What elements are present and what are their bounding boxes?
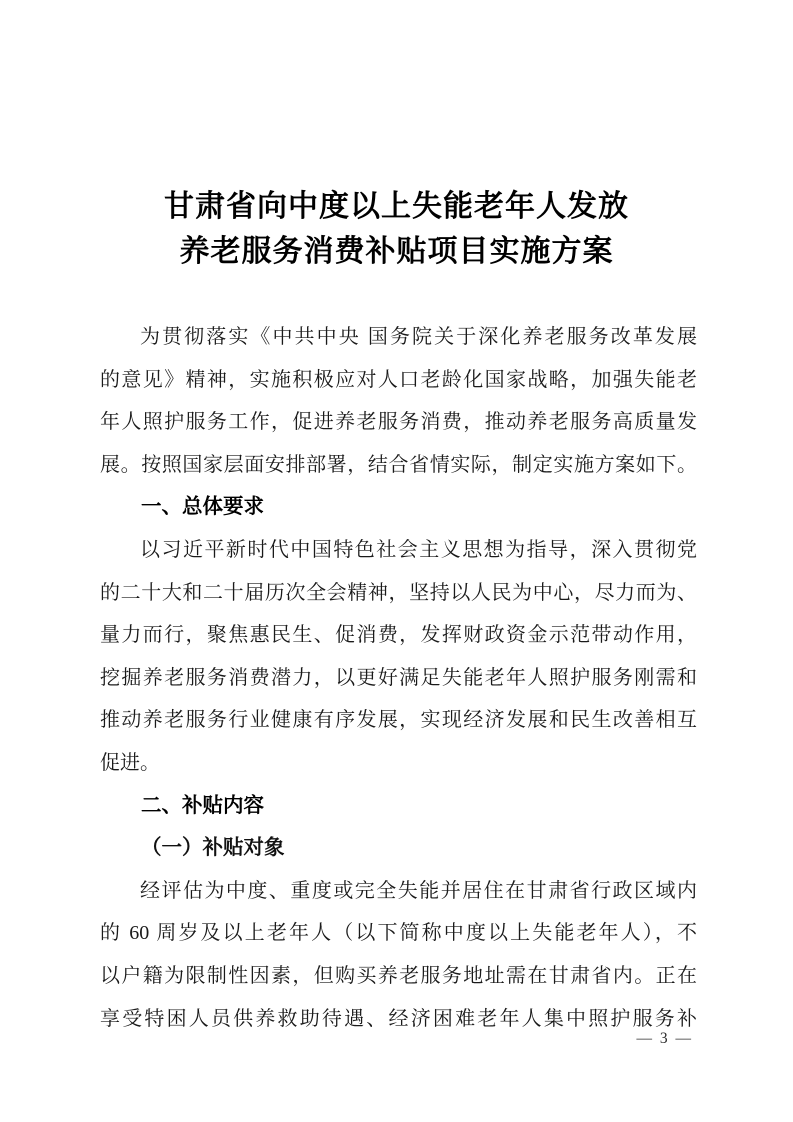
section-1-line-2: 的二十大和二十届历次全会精神，坚持以人民为中心，尽力而为、: [100, 572, 697, 615]
section-2-sub-1-line-4: 享受特困人员供养救助待遇、经济困难老年人集中照护服务补: [100, 998, 697, 1041]
section-1-line-6: 促进。: [100, 742, 697, 785]
section-1-line-4: 挖掘养老服务消费潜力，以更好满足失能老年人照护服务刚需和: [100, 657, 697, 700]
document-page: 甘肃省向中度以上失能老年人发放 养老服务消费补贴项目实施方案 为贯彻落实《中共中…: [0, 0, 793, 1122]
section-1-line-3: 量力而行，聚焦惠民生、促消费，发挥财政资金示范带动作用，: [100, 614, 697, 657]
section-2-heading: 二、补贴内容: [100, 785, 697, 828]
intro-line-4: 展。按照国家层面安排部署，结合省情实际，制定实施方案如下。: [100, 444, 697, 487]
section-1-line-5: 推动养老服务行业健康有序发展，实现经济发展和民生改善相互: [100, 699, 697, 742]
title-line-2: 养老服务消费补贴项目实施方案: [0, 229, 793, 274]
intro-line-1: 为贯彻落实《中共中央 国务院关于深化养老服务改革发展: [100, 316, 697, 359]
page-number: — 3 —: [637, 1030, 694, 1048]
section-2-sub-1-line-1: 经评估为中度、重度或完全失能并居住在甘肃省行政区域内: [100, 870, 697, 913]
section-2-sub-1-line-3: 以户籍为限制性因素，但购买养老服务地址需在甘肃省内。正在: [100, 955, 697, 998]
intro-line-3: 年人照护服务工作，促进养老服务消费，推动养老服务高质量发: [100, 401, 697, 444]
section-2-sub-1-heading: （一）补贴对象: [100, 827, 697, 870]
title-line-1: 甘肃省向中度以上失能老年人发放: [0, 184, 793, 229]
section-2-sub-1-line-2: 的 60 周岁及以上老年人（以下简称中度以上失能老年人），不: [100, 912, 697, 955]
section-1-line-1: 以习近平新时代中国特色社会主义思想为指导，深入贯彻党: [100, 529, 697, 572]
section-1-heading: 一、总体要求: [100, 486, 697, 529]
document-body: 为贯彻落实《中共中央 国务院关于深化养老服务改革发展 的意见》精神，实施积极应对…: [100, 316, 697, 1040]
document-title: 甘肃省向中度以上失能老年人发放 养老服务消费补贴项目实施方案: [0, 184, 793, 274]
intro-line-2: 的意见》精神，实施积极应对人口老龄化国家战略，加强失能老: [100, 359, 697, 402]
